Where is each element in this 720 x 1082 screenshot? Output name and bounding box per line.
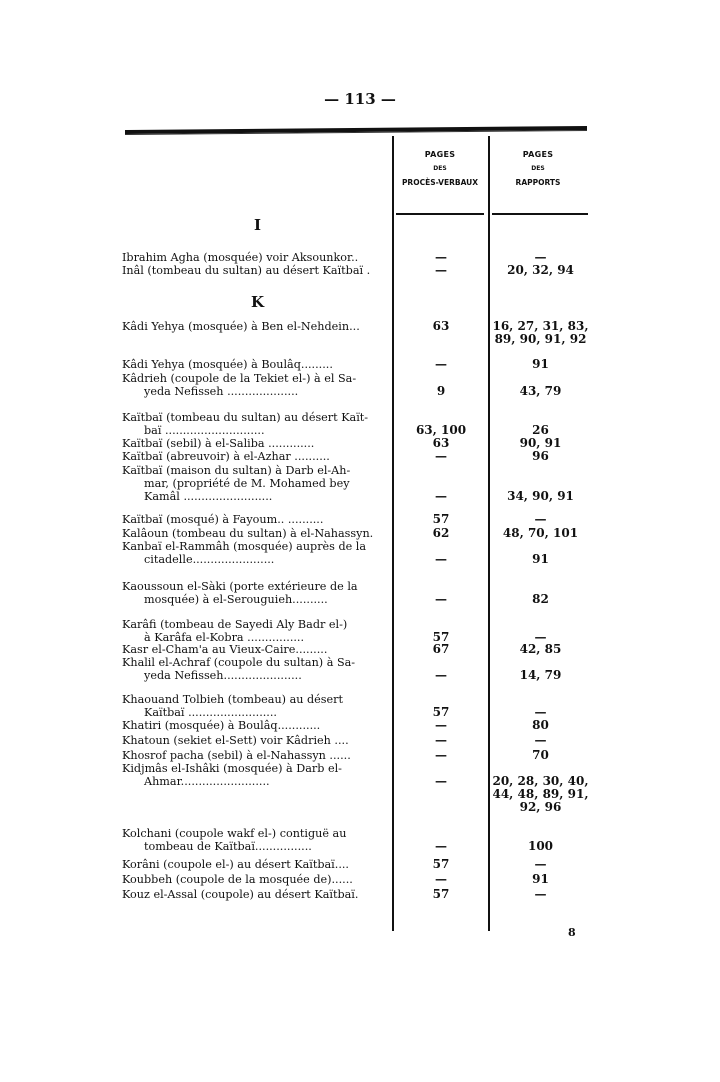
pv-pages: 9 — [394, 385, 488, 398]
entry-text: Korâni (coupole el-) au désert Kaïtbaï..… — [122, 858, 390, 871]
pv-pages: 63 — [394, 320, 488, 333]
entry-text: Ahmar......................... — [122, 775, 390, 788]
entry-text: Khaouand Tolbieh (tombeau) au désert — [122, 693, 390, 706]
entry-text: Kaïtbaï (mosqué) à Fayoum.. .......... — [122, 513, 390, 526]
entry-text: citadelle....................... — [122, 553, 390, 566]
index-entry: Karâfi (tombeau de Sayedi Aly Badr el-)à… — [122, 618, 390, 644]
index-entry: Kaïtbaï (maison du sultan) à Darb el-Ah-… — [122, 464, 390, 503]
entry-text: Kasr el-Cham'a au Vieux-Caire......... — [122, 643, 390, 656]
pv-pages: — — [394, 749, 488, 762]
entry-text: Kaïtbaï (sebil) à el-Saliba ............… — [122, 437, 390, 450]
entry-text: yeda Nefisseh...................... — [122, 669, 390, 682]
index-entry: Kâdi Yehya (mosquée) à Boulâq......... — [122, 358, 390, 371]
rapport-pages: — — [491, 888, 590, 901]
entry-text: Kâdi Yehya (mosquée) à Boulâq......... — [122, 358, 390, 371]
top-rule — [125, 126, 587, 134]
pv-pages: — — [394, 840, 488, 853]
index-entry: Ibrahim Agha (mosquée) voir Aksounkor.. — [122, 251, 390, 264]
rapport-pages: 43, 79 — [491, 385, 590, 398]
header-line: PAGES — [488, 150, 588, 159]
pv-pages: — — [394, 490, 488, 503]
rapport-pages: 14, 79 — [491, 669, 590, 682]
entry-text: Kouz el-Assal (coupole) au désert Kaïtba… — [122, 888, 390, 901]
entry-text: Kâdi Yehya (mosquée) à Ben el-Nehdein... — [122, 320, 390, 333]
index-entry: Kaïtbaï (sebil) à el-Saliba ............… — [122, 437, 390, 450]
rapport-pages: 70 — [491, 749, 590, 762]
column-header-proces-verbaux: PAGES DES PROCÈS-VERBAUX — [392, 150, 488, 187]
index-entry: Khatiri (mosquée) à Boulâq............ — [122, 719, 390, 732]
header-line: DES — [392, 165, 488, 172]
index-entry: Kaïtbaï (tombeau du sultan) au désert Ka… — [122, 411, 390, 437]
index-entry: Khosrof pacha (sebil) à el-Nahassyn ....… — [122, 749, 390, 762]
pv-pages: — — [394, 873, 488, 886]
pv-pages: — — [394, 734, 488, 747]
entry-text: Kaïtbaï (abreuvoir) à el-Azhar .........… — [122, 450, 390, 463]
entry-text: Kalâoun (tombeau du sultan) à el-Nahassy… — [122, 527, 390, 540]
index-entry: Kasr el-Cham'a au Vieux-Caire......... — [122, 643, 390, 656]
entry-text: Kaoussoun el-Sàki (porte extérieure de l… — [122, 580, 390, 593]
entry-text: Kaïtbaï (tombeau du sultan) au désert Ka… — [122, 411, 390, 424]
entry-text: Khatoun (sekiet el-Sett) voir Kâdrieh ..… — [122, 734, 390, 747]
pv-pages: — — [394, 669, 488, 682]
rapport-pages: 34, 90, 91 — [491, 490, 590, 503]
index-entry: Kouz el-Assal (coupole) au désert Kaïtba… — [122, 888, 390, 901]
index-entry: Kolchani (coupole wakf el-) contiguë aut… — [122, 827, 390, 853]
pv-pages: 67 — [394, 643, 488, 656]
rapport-pages: 91 — [491, 873, 590, 886]
entry-text: Kâdrieh (coupole de la Tekiet el-) à el … — [122, 372, 390, 385]
entry-text: baï ............................ — [122, 424, 390, 437]
entry-text: Kaïtbaï ......................... — [122, 706, 390, 719]
rapport-pages: — — [491, 734, 590, 747]
index-entry: Kâdi Yehya (mosquée) à Ben el-Nehdein... — [122, 320, 390, 333]
entry-text: Kaïtbaï (maison du sultan) à Darb el-Ah- — [122, 464, 390, 477]
rapport-pages: 20, 28, 30, 40, 44, 48, 89, 91, 92, 96 — [491, 775, 590, 814]
pv-pages: 57 — [394, 513, 488, 526]
index-entry: Khaouand Tolbieh (tombeau) au désertKaït… — [122, 693, 390, 719]
pv-pages: 57 — [394, 888, 488, 901]
entry-text: Khosrof pacha (sebil) à el-Nahassyn ....… — [122, 749, 390, 762]
entry-text: mosquée) à el-Serouguieh.......... — [122, 593, 390, 606]
pv-pages: — — [394, 719, 488, 732]
index-entry: Koubbeh (coupole de la mosquée de)...... — [122, 873, 390, 886]
pv-pages: — — [394, 264, 488, 277]
rapport-pages: 82 — [491, 593, 590, 606]
entry-text: Inâl (tombeau du sultan) au désert Kaïtb… — [122, 264, 390, 277]
rapport-pages: 48, 70, 101 — [491, 527, 590, 540]
page-number: — 113 — — [0, 90, 720, 108]
column-divider — [488, 136, 490, 931]
rapport-pages: 91 — [491, 553, 590, 566]
rapport-pages: 96 — [491, 450, 590, 463]
pv-pages: — — [394, 358, 488, 371]
index-entry: Khalil el-Achraf (coupole du sultan) à S… — [122, 656, 390, 682]
header-line: DES — [488, 165, 588, 172]
index-entry: Inâl (tombeau du sultan) au désert Kaïtb… — [122, 264, 390, 277]
entry-text: Kolchani (coupole wakf el-) contiguë au — [122, 827, 390, 840]
signature-mark: 8 — [568, 926, 576, 939]
header-line: RAPPORTS — [488, 178, 588, 187]
entry-text: Kidjmâs el-Ishâki (mosquée) à Darb el- — [122, 762, 390, 775]
index-entry: Kidjmâs el-Ishâki (mosquée) à Darb el-Ah… — [122, 762, 390, 788]
entry-text: Khalil el-Achraf (coupole du sultan) à S… — [122, 656, 390, 669]
index-entry: Kaïtbaï (mosqué) à Fayoum.. .......... — [122, 513, 390, 526]
index-entry: Kaoussoun el-Sàki (porte extérieure de l… — [122, 580, 390, 606]
index-entry: Khatoun (sekiet el-Sett) voir Kâdrieh ..… — [122, 734, 390, 747]
rapport-pages: 20, 32, 94 — [491, 264, 590, 277]
entry-text: Ibrahim Agha (mosquée) voir Aksounkor.. — [122, 251, 390, 264]
pv-pages: — — [394, 553, 488, 566]
pv-pages: — — [394, 775, 488, 788]
rapport-pages: 100 — [491, 840, 590, 853]
index-entry: Kalâoun (tombeau du sultan) à el-Nahassy… — [122, 527, 390, 540]
rapport-pages: — — [491, 513, 590, 526]
header-rule — [492, 213, 588, 215]
entry-text: mar, (propriété de M. Mohamed bey — [122, 477, 390, 490]
index-entry: Kâdrieh (coupole de la Tekiet el-) à el … — [122, 372, 390, 398]
rapport-pages: — — [491, 858, 590, 871]
section-letter-i: I — [125, 216, 390, 234]
rapport-pages: 42, 85 — [491, 643, 590, 656]
entry-text: Karâfi (tombeau de Sayedi Aly Badr el-) — [122, 618, 390, 631]
entry-text: Khatiri (mosquée) à Boulâq............ — [122, 719, 390, 732]
entry-text: Kamâl ......................... — [122, 490, 390, 503]
pv-pages: — — [394, 450, 488, 463]
entry-text: Koubbeh (coupole de la mosquée de)...... — [122, 873, 390, 886]
header-line: PROCÈS-VERBAUX — [392, 178, 488, 187]
pv-pages: 62 — [394, 527, 488, 540]
section-letter-k: K — [125, 293, 390, 311]
entry-text: tombeau de Kaïtbaï................ — [122, 840, 390, 853]
column-header-rapports: PAGES DES RAPPORTS — [488, 150, 588, 187]
rapport-pages: 16, 27, 31, 83, 89, 90, 91, 92 — [491, 320, 590, 346]
header-line: PAGES — [392, 150, 488, 159]
pv-pages: 57 — [394, 858, 488, 871]
entry-text: yeda Nefisseh .................... — [122, 385, 390, 398]
index-entry: Kaïtbaï (abreuvoir) à el-Azhar .........… — [122, 450, 390, 463]
index-entry: Korâni (coupole el-) au désert Kaïtbaï..… — [122, 858, 390, 871]
pv-pages: — — [394, 593, 488, 606]
index-entry: Kanbaï el-Rammâh (mosquée) auprès de lac… — [122, 540, 390, 566]
header-rule — [396, 213, 484, 215]
entry-text: Kanbaï el-Rammâh (mosquée) auprès de la — [122, 540, 390, 553]
rapport-pages: 91 — [491, 358, 590, 371]
rapport-pages: 80 — [491, 719, 590, 732]
